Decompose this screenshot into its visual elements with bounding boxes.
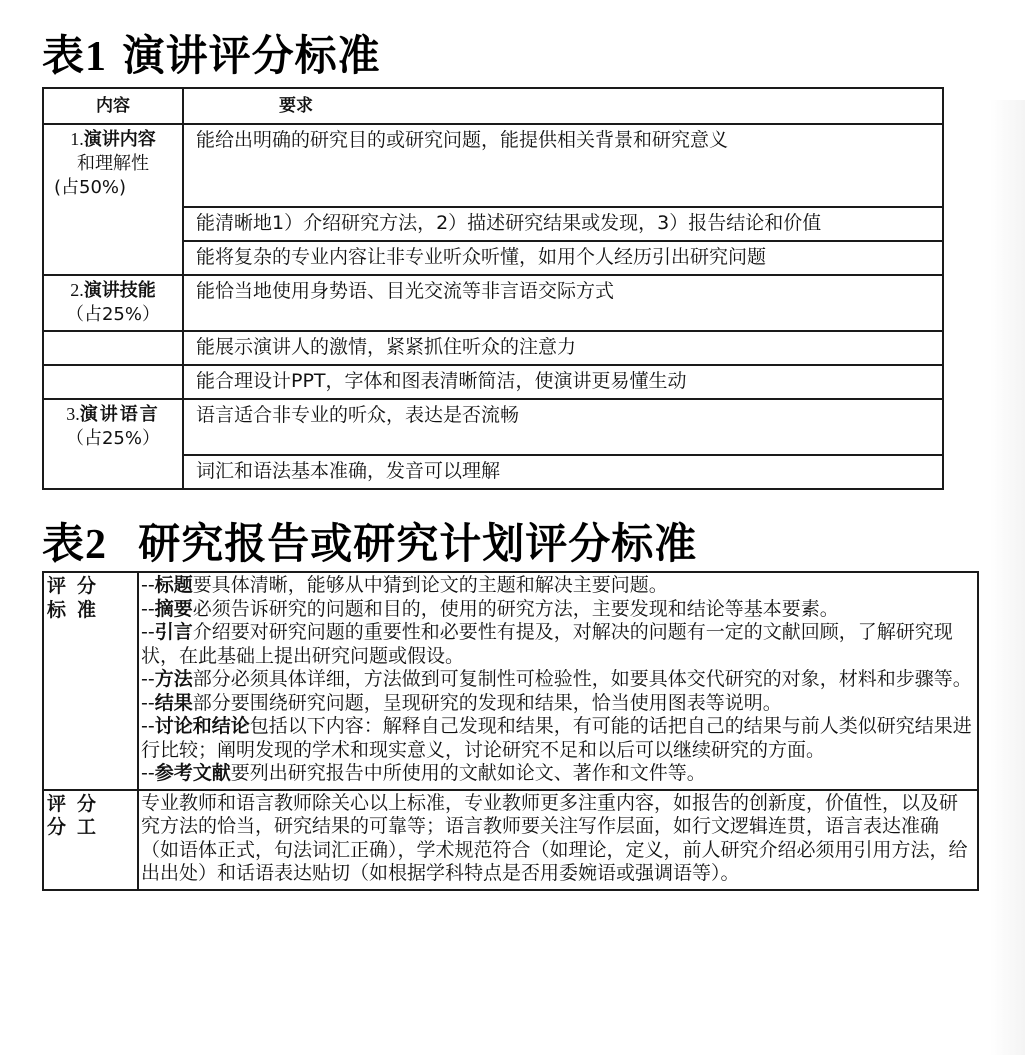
report-scoring-table: 评分标准 --标题要具体清晰，能够从中猜到论文的主题和解决主要问题。 --摘要必… xyxy=(42,571,979,891)
category-weight: （占25%） xyxy=(44,303,182,327)
criterion-text: 要列出研究报告中所使用的文献如论文、著作和文件等。 xyxy=(231,762,706,784)
empty-category-cell xyxy=(43,331,183,365)
criterion-text: 部分要围绕研究问题，呈现研究的发现和结果，恰当使用图表等说明。 xyxy=(193,692,782,714)
title-prefix: 表 xyxy=(42,31,85,80)
criterion-text: 介绍要对研究问题的重要性和必要性有提及，对解决的问题有一定的文献回顾，了解研究现… xyxy=(141,621,953,667)
criteria-label: 评分标准 xyxy=(43,572,138,790)
criterion-text: 包括以下内容：解释自己发现和结果，有可能的话把自己的结果与前人类似研究结果进行比… xyxy=(141,715,972,761)
criterion-results: --结果部分要围绕研究问题，呈现研究的发现和结果，恰当使用图表等说明。 xyxy=(141,692,975,716)
category-number: 1. xyxy=(70,129,84,149)
table-row: 能展示演讲人的激情，紧紧抓住听众的注意力 xyxy=(43,331,943,365)
table-row: 2.演讲技能 （占25%） 能恰当地使用身势语、目光交流等非言语交际方式 xyxy=(43,275,943,331)
requirement-cell: 能恰当地使用身势语、目光交流等非言语交际方式 xyxy=(183,275,943,331)
criteria-row: 评分标准 --标题要具体清晰，能够从中猜到论文的主题和解决主要问题。 --摘要必… xyxy=(43,572,978,790)
dash: -- xyxy=(141,692,155,714)
category-weight: (占50%) xyxy=(44,176,182,200)
dash: -- xyxy=(141,762,155,784)
criterion-abstract: --摘要必须告诉研究的问题和目的，使用的研究方法，主要发现和结论等基本要素。 xyxy=(141,598,975,622)
criterion-text: 部分必须具体详细，方法做到可复制性可检验性，如要具体交代研究的对象，材料和步骤等… xyxy=(193,668,972,690)
speech-scoring-table: 内容 要求 1.演讲内容 和理解性 (占50%) 能给出明确的研究目的或研究问题… xyxy=(42,87,944,490)
category-name-line2: 和理解性 xyxy=(44,152,182,176)
dash: -- xyxy=(141,574,155,596)
title-number: 1 xyxy=(85,34,107,80)
criterion-discussion: --讨论和结论包括以下内容：解释自己发现和结果，有可能的话把自己的结果与前人类似… xyxy=(141,715,975,762)
table1-title: 表1 演讲评分标准 xyxy=(42,28,381,85)
category-name: 演讲内容 xyxy=(84,129,156,150)
criterion-key: 方法 xyxy=(155,668,193,690)
dash: -- xyxy=(141,598,155,620)
category-number: 3. xyxy=(66,404,80,424)
category-speech-language: 3.演讲语言 （占25%） xyxy=(43,399,183,489)
criterion-key: 引言 xyxy=(155,621,193,643)
criteria-content: --标题要具体清晰，能够从中猜到论文的主题和解决主要问题。 --摘要必须告诉研究… xyxy=(138,572,978,790)
criterion-key: 讨论和结论 xyxy=(155,715,250,737)
category-name: 演讲语言 xyxy=(80,404,160,425)
page-edge-shadow xyxy=(990,100,1025,1055)
table2-title: 表2 研究报告或研究计划评分标准 xyxy=(42,516,697,573)
division-row: 评分分工 专业教师和语言教师除关心以上标准，专业教师更多注重内容，如报告的创新度… xyxy=(43,790,978,890)
requirement-cell: 能合理设计PPT，字体和图表清晰简洁，使演讲更易懂生动 xyxy=(183,365,943,399)
division-label: 评分分工 xyxy=(43,790,138,890)
requirement-cell: 能展示演讲人的激情，紧紧抓住听众的注意力 xyxy=(183,331,943,365)
category-content-understanding: 1.演讲内容 和理解性 (占50%) xyxy=(43,124,183,275)
empty-category-cell xyxy=(43,365,183,399)
table-row: 能合理设计PPT，字体和图表清晰简洁，使演讲更易懂生动 xyxy=(43,365,943,399)
table-header-row: 内容 要求 xyxy=(43,88,943,124)
header-content: 内容 xyxy=(43,88,183,124)
title-number: 2 xyxy=(85,522,107,568)
criterion-key: 标题 xyxy=(155,574,193,596)
header-requirements: 要求 xyxy=(183,88,943,124)
title-text: 演讲评分标准 xyxy=(107,31,381,80)
dash: -- xyxy=(141,668,155,690)
dash: -- xyxy=(141,715,155,737)
category-weight: （占25%） xyxy=(44,427,182,451)
title-prefix: 表 xyxy=(42,519,85,568)
category-speech-skills: 2.演讲技能 （占25%） xyxy=(43,275,183,331)
criterion-text: 要具体清晰，能够从中猜到论文的主题和解决主要问题。 xyxy=(193,574,668,596)
division-content: 专业教师和语言教师除关心以上标准，专业教师更多注重内容，如报告的创新度，价值性，… xyxy=(138,790,978,890)
criterion-key: 参考文献 xyxy=(155,762,231,784)
title-text: 研究报告或研究计划评分标准 xyxy=(107,519,697,568)
requirement-cell: 能将复杂的专业内容让非专业听众听懂，如用个人经历引出研究问题 xyxy=(183,241,943,275)
requirement-cell: 词汇和语法基本准确，发音可以理解 xyxy=(183,455,943,489)
criterion-methods: --方法部分必须具体详细，方法做到可复制性可检验性，如要具体交代研究的对象，材料… xyxy=(141,668,975,692)
table-row: 1.演讲内容 和理解性 (占50%) 能给出明确的研究目的或研究问题，能提供相关… xyxy=(43,124,943,207)
requirement-cell: 能清晰地1）介绍研究方法，2）描述研究结果或发现，3）报告结论和价值 xyxy=(183,207,943,241)
criterion-references: --参考文献要列出研究报告中所使用的文献如论文、著作和文件等。 xyxy=(141,762,975,786)
requirement-cell: 能给出明确的研究目的或研究问题，能提供相关背景和研究意义 xyxy=(183,124,943,207)
criterion-key: 结果 xyxy=(155,692,193,714)
category-number: 2. xyxy=(70,280,84,300)
criterion-title: --标题要具体清晰，能够从中猜到论文的主题和解决主要问题。 xyxy=(141,574,975,598)
criterion-text: 必须告诉研究的问题和目的，使用的研究方法，主要发现和结论等基本要素。 xyxy=(193,598,839,620)
criterion-introduction: --引言介绍要对研究问题的重要性和必要性有提及，对解决的问题有一定的文献回顾，了… xyxy=(141,621,975,668)
criterion-key: 摘要 xyxy=(155,598,193,620)
dash: -- xyxy=(141,621,155,643)
requirement-cell: 语言适合非专业的听众，表达是否流畅 xyxy=(183,399,943,455)
table-row: 3.演讲语言 （占25%） 语言适合非专业的听众，表达是否流畅 xyxy=(43,399,943,455)
category-name: 演讲技能 xyxy=(84,280,156,301)
